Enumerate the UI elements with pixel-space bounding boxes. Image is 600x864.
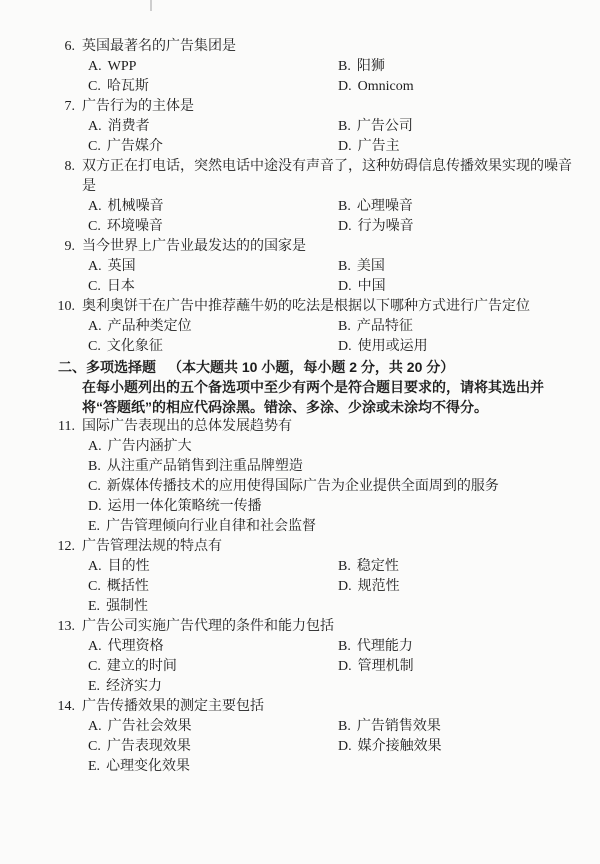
option-label: D. — [338, 659, 352, 674]
option-b: B.稳定性 — [338, 557, 574, 577]
option-label: D. — [338, 739, 352, 754]
option-label: C. — [88, 659, 101, 674]
option-text: WPP — [108, 59, 137, 74]
option-label: B. — [338, 639, 351, 654]
question-7: 7. 广告行为的主体是 A.消费者 B.广告公司 C.广告媒介 D.广告主 — [50, 97, 574, 157]
option-text: 经济实力 — [106, 679, 162, 694]
option-label: C. — [88, 479, 101, 494]
option-text: 消费者 — [108, 119, 150, 134]
question-14: 14. 广告传播效果的测定主要包括 A.广告社会效果 B.广告销售效果 C.广告… — [50, 697, 574, 777]
option-label: D. — [338, 279, 352, 294]
question-number: 6. — [50, 37, 75, 57]
option-c: C.广告媒介 — [88, 137, 338, 157]
option-text: 媒介接触效果 — [358, 739, 442, 754]
question-9: 9. 当今世界上广告业最发达的的国家是 A.英国 B.美国 C.日本 D.中国 — [50, 237, 574, 297]
option-text: 强制性 — [106, 599, 148, 614]
option-text: 日本 — [107, 279, 135, 294]
option-label: E. — [88, 759, 100, 774]
option-d: D.广告主 — [338, 137, 574, 157]
options: A.机械噪音 B.心理噪音 C.环境噪音 D.行为噪音 — [88, 197, 574, 237]
question-number: 12. — [50, 537, 75, 557]
option-a: A.目的性 — [88, 557, 338, 577]
option-text: 广告社会效果 — [108, 719, 192, 734]
option-text: 从注重产品销售到注重品牌塑造 — [107, 459, 303, 474]
option-label: B. — [338, 199, 351, 214]
option-e: E.强制性 — [88, 597, 338, 617]
option-label: E. — [88, 519, 100, 534]
option-label: D. — [338, 339, 352, 354]
option-c: C.文化象征 — [88, 337, 338, 357]
option-label: B. — [338, 559, 351, 574]
option-a: A.广告社会效果 — [88, 717, 338, 737]
option-label: B. — [338, 259, 351, 274]
option-c: C.建立的时间 — [88, 657, 338, 677]
option-a: A.广告内涵扩大 — [88, 437, 574, 457]
option-text: 新媒体传播技术的应用使得国际广告为企业提供全面周到的服务 — [107, 479, 499, 494]
question-number: 10. — [50, 297, 75, 317]
option-text: 产品种类定位 — [108, 319, 192, 334]
option-text: 代理资格 — [108, 639, 164, 654]
question-text: 当今世界上广告业最发达的的国家是 — [82, 237, 574, 257]
option-d: D.使用或运用 — [338, 337, 574, 357]
option-text: 广告公司 — [357, 119, 413, 134]
option-label: E. — [88, 679, 100, 694]
option-text: 英国 — [108, 259, 136, 274]
option-c: C.广告表现效果 — [88, 737, 338, 757]
option-a: A.WPP — [88, 57, 338, 77]
options: A.消费者 B.广告公司 C.广告媒介 D.广告主 — [88, 117, 574, 157]
option-e: E.经济实力 — [88, 677, 338, 697]
question-text: 国际广告表现出的总体发展趋势有 — [82, 417, 574, 437]
option-d: D.媒介接触效果 — [338, 737, 574, 757]
question-number: 7. — [50, 97, 75, 117]
question-text: 奥利奥饼干在广告中推荐蘸牛奶的吃法是根据以下哪种方式进行广告定位 — [82, 297, 574, 317]
option-b: B.从注重产品销售到注重品牌塑造 — [88, 457, 574, 477]
option-text: 规范性 — [358, 579, 400, 594]
question-text: 双方正在打电话，突然电话中途没有声音了，这种妨碍信息传播效果实现的噪音是 — [82, 157, 574, 197]
option-text: 机械噪音 — [108, 199, 164, 214]
question-text: 英国最著名的广告集团是 — [82, 37, 574, 57]
option-label: A. — [88, 319, 102, 334]
option-text: 行为噪音 — [358, 219, 414, 234]
option-label: D. — [338, 579, 352, 594]
option-b: B.产品特征 — [338, 317, 574, 337]
section-heading: 二、多项选择题（本大题共 10 小题，每小题 2 分，共 20 分） — [58, 357, 574, 377]
option-label: A. — [88, 59, 102, 74]
question-text: 广告行为的主体是 — [82, 97, 574, 117]
option-label: B. — [88, 459, 101, 474]
option-text: 代理能力 — [357, 639, 413, 654]
option-c: C.环境噪音 — [88, 217, 338, 237]
option-label: A. — [88, 559, 102, 574]
option-a: A.消费者 — [88, 117, 338, 137]
question-text: 广告管理法规的特点有 — [82, 537, 574, 557]
option-text: 稳定性 — [357, 559, 399, 574]
option-c: C.哈瓦斯 — [88, 77, 338, 97]
option-text: 广告表现效果 — [107, 739, 191, 754]
scan-artifact — [150, 0, 152, 11]
option-label: A. — [88, 639, 102, 654]
option-text: 环境噪音 — [107, 219, 163, 234]
option-text: 广告销售效果 — [357, 719, 441, 734]
option-label: C. — [88, 219, 101, 234]
option-text: 使用或运用 — [358, 339, 428, 354]
option-text: 美国 — [357, 259, 385, 274]
option-label: A. — [88, 439, 102, 454]
option-text: 广告媒介 — [107, 139, 163, 154]
option-label: A. — [88, 199, 102, 214]
option-text: 广告主 — [358, 139, 400, 154]
option-label: B. — [338, 719, 351, 734]
question-text: 广告传播效果的测定主要包括 — [82, 697, 574, 717]
option-e: E.广告管理倾向行业自律和社会监督 — [88, 517, 574, 537]
option-text: 广告管理倾向行业自律和社会监督 — [106, 519, 316, 534]
option-label: C. — [88, 139, 101, 154]
option-d: D.行为噪音 — [338, 217, 574, 237]
question-number: 8. — [50, 157, 75, 197]
option-a: A.代理资格 — [88, 637, 338, 657]
options: A.WPP B.阳狮 C.哈瓦斯 D.Omnicom — [88, 57, 574, 97]
question-number: 9. — [50, 237, 75, 257]
exam-page: 6. 英国最著名的广告集团是 A.WPP B.阳狮 C.哈瓦斯 D.Omnico… — [0, 0, 600, 777]
option-text: 目的性 — [108, 559, 150, 574]
option-text: 心理噪音 — [357, 199, 413, 214]
options: A.英国 B.美国 C.日本 D.中国 — [88, 257, 574, 297]
option-text: Omnicom — [358, 79, 414, 94]
question-number: 14. — [50, 697, 75, 717]
section-instructions: 在每小题列出的五个备选项中至少有两个是符合题目要求的，请将其选出并将“答题纸”的… — [82, 377, 574, 417]
question-12: 12. 广告管理法规的特点有 A.目的性 B.稳定性 C.概括性 D.规范性 E… — [50, 537, 574, 617]
option-text: 产品特征 — [357, 319, 413, 334]
option-a: A.英国 — [88, 257, 338, 277]
option-label: A. — [88, 719, 102, 734]
option-text: 哈瓦斯 — [107, 79, 149, 94]
option-text: 中国 — [358, 279, 386, 294]
option-b: B.广告销售效果 — [338, 717, 574, 737]
option-d: D.Omnicom — [338, 77, 574, 97]
question-number: 13. — [50, 617, 75, 637]
option-text: 阳狮 — [357, 59, 385, 74]
section-meta: （本大题共 10 小题，每小题 2 分，共 20 分） — [168, 359, 454, 375]
option-c: C.概括性 — [88, 577, 338, 597]
option-text: 概括性 — [107, 579, 149, 594]
option-label: A. — [88, 259, 102, 274]
question-text: 广告公司实施广告代理的条件和能力包括 — [82, 617, 574, 637]
option-text: 广告内涵扩大 — [108, 439, 192, 454]
option-label: B. — [338, 59, 351, 74]
option-b: B.阳狮 — [338, 57, 574, 77]
section-title: 二、多项选择题 — [58, 359, 156, 375]
options: A.广告社会效果 B.广告销售效果 C.广告表现效果 D.媒介接触效果 E.心理… — [88, 717, 574, 777]
option-label: C. — [88, 339, 101, 354]
options: A.产品种类定位 B.产品特征 C.文化象征 D.使用或运用 — [88, 317, 574, 357]
option-label: C. — [88, 739, 101, 754]
option-text: 心理变化效果 — [106, 759, 190, 774]
option-d: D.中国 — [338, 277, 574, 297]
option-c: C.新媒体传播技术的应用使得国际广告为企业提供全面周到的服务 — [88, 477, 574, 497]
option-label: C. — [88, 279, 101, 294]
option-e: E.心理变化效果 — [88, 757, 338, 777]
question-10: 10. 奥利奥饼干在广告中推荐蘸牛奶的吃法是根据以下哪种方式进行广告定位 A.产… — [50, 297, 574, 357]
option-c: C.日本 — [88, 277, 338, 297]
option-text: 运用一体化策略统一传播 — [108, 499, 262, 514]
option-label: C. — [88, 579, 101, 594]
option-label: D. — [338, 139, 352, 154]
option-b: B.心理噪音 — [338, 197, 574, 217]
question-6: 6. 英国最著名的广告集团是 A.WPP B.阳狮 C.哈瓦斯 D.Omnico… — [50, 37, 574, 97]
option-text: 建立的时间 — [107, 659, 177, 674]
option-d: D.运用一体化策略统一传播 — [88, 497, 574, 517]
options: A.代理资格 B.代理能力 C.建立的时间 D.管理机制 E.经济实力 — [88, 637, 574, 697]
question-11: 11. 国际广告表现出的总体发展趋势有 A.广告内涵扩大 B.从注重产品销售到注… — [50, 417, 574, 537]
question-8: 8. 双方正在打电话，突然电话中途没有声音了，这种妨碍信息传播效果实现的噪音是 … — [50, 157, 574, 237]
options: A.目的性 B.稳定性 C.概括性 D.规范性 E.强制性 — [88, 557, 574, 617]
option-a: A.机械噪音 — [88, 197, 338, 217]
options: A.广告内涵扩大 B.从注重产品销售到注重品牌塑造 C.新媒体传播技术的应用使得… — [88, 437, 574, 537]
option-text: 文化象征 — [107, 339, 163, 354]
question-number: 11. — [50, 417, 75, 437]
option-label: C. — [88, 79, 101, 94]
option-label: E. — [88, 599, 100, 614]
option-d: D.管理机制 — [338, 657, 574, 677]
option-label: D. — [88, 499, 102, 514]
option-label: D. — [338, 219, 352, 234]
option-label: B. — [338, 319, 351, 334]
option-d: D.规范性 — [338, 577, 574, 597]
option-b: B.美国 — [338, 257, 574, 277]
option-text: 管理机制 — [358, 659, 414, 674]
option-label: A. — [88, 119, 102, 134]
option-label: B. — [338, 119, 351, 134]
option-b: B.代理能力 — [338, 637, 574, 657]
question-13: 13. 广告公司实施广告代理的条件和能力包括 A.代理资格 B.代理能力 C.建… — [50, 617, 574, 697]
option-label: D. — [338, 79, 352, 94]
option-b: B.广告公司 — [338, 117, 574, 137]
option-a: A.产品种类定位 — [88, 317, 338, 337]
